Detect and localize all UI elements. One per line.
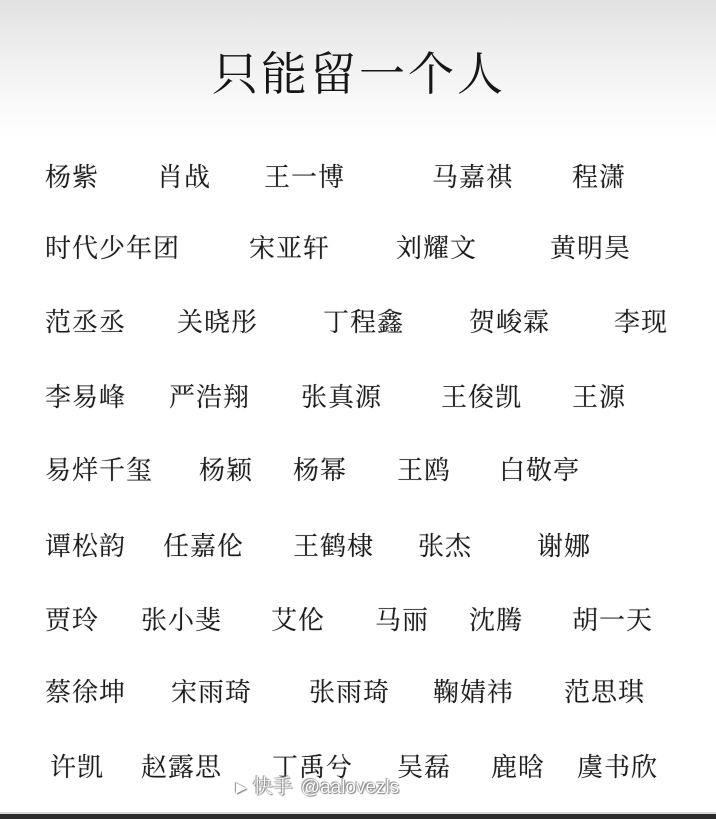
name-item: 胡一天 [572, 604, 653, 638]
name-item: 范丞丞 [45, 306, 126, 340]
name-item: 谢娜 [537, 530, 591, 564]
name-item: 贾玲 [45, 604, 99, 638]
name-item: 马丽 [375, 604, 429, 638]
name-item: 王俊凯 [441, 381, 522, 415]
name-item: 易烊千玺 [45, 454, 153, 488]
name-item: 宋雨琦 [171, 676, 252, 710]
name-item: 王源 [572, 381, 626, 415]
name-item: 杨幂 [293, 454, 347, 488]
name-item: 吴磊 [397, 751, 451, 785]
name-item: 蔡徐坤 [45, 676, 126, 710]
name-item: 范思琪 [564, 676, 645, 710]
name-item: 张雨琦 [309, 676, 390, 710]
name-item: 鞠婧祎 [433, 676, 514, 710]
name-item: 李易峰 [45, 381, 126, 415]
name-item: 白敬亭 [499, 454, 580, 488]
watermark-handle: @aalovezls [301, 777, 400, 798]
name-item: 杨颖 [199, 454, 253, 488]
name-item: 赵露思 [141, 751, 222, 785]
name-item: 关晓彤 [177, 306, 258, 340]
name-item: 张真源 [301, 381, 382, 415]
name-item: 张小斐 [141, 604, 222, 638]
name-item: 黄明昊 [550, 232, 631, 266]
name-item: 王一博 [264, 161, 345, 195]
name-item: 虞书欣 [577, 751, 658, 785]
name-item: 马嘉祺 [432, 161, 513, 195]
name-item: 谭松韵 [45, 530, 126, 564]
watermark: ▶快手@aalovezls [236, 773, 399, 801]
name-item: 李现 [614, 306, 668, 340]
name-item: 王鹤棣 [293, 530, 374, 564]
name-item: 艾伦 [271, 604, 325, 638]
name-item: 刘耀文 [396, 232, 477, 266]
watermark-app-name: 快手 [253, 774, 293, 798]
name-item: 许凯 [50, 751, 104, 785]
name-item: 贺峻霖 [469, 306, 550, 340]
name-item: 宋亚轩 [249, 232, 330, 266]
name-item: 肖战 [157, 161, 211, 195]
name-item: 杨紫 [45, 161, 99, 195]
name-item: 沈腾 [469, 604, 523, 638]
name-item: 程潇 [572, 161, 626, 195]
name-item: 任嘉伦 [163, 530, 244, 564]
name-item: 张杰 [418, 530, 472, 564]
name-item: 王鸥 [397, 454, 451, 488]
name-item: 时代少年团 [45, 232, 180, 266]
names-grid: 杨紫肖战王一博马嘉祺程潇时代少年团宋亚轩刘耀文黄明昊范丞丞关晓彤丁程鑫贺峻霖李现… [0, 0, 716, 819]
name-item: 丁程鑫 [323, 306, 404, 340]
bottom-bar [0, 814, 716, 819]
kuaishou-logo-icon: ▶ [236, 775, 247, 801]
name-item: 严浩翔 [169, 381, 250, 415]
name-item: 鹿晗 [491, 751, 545, 785]
